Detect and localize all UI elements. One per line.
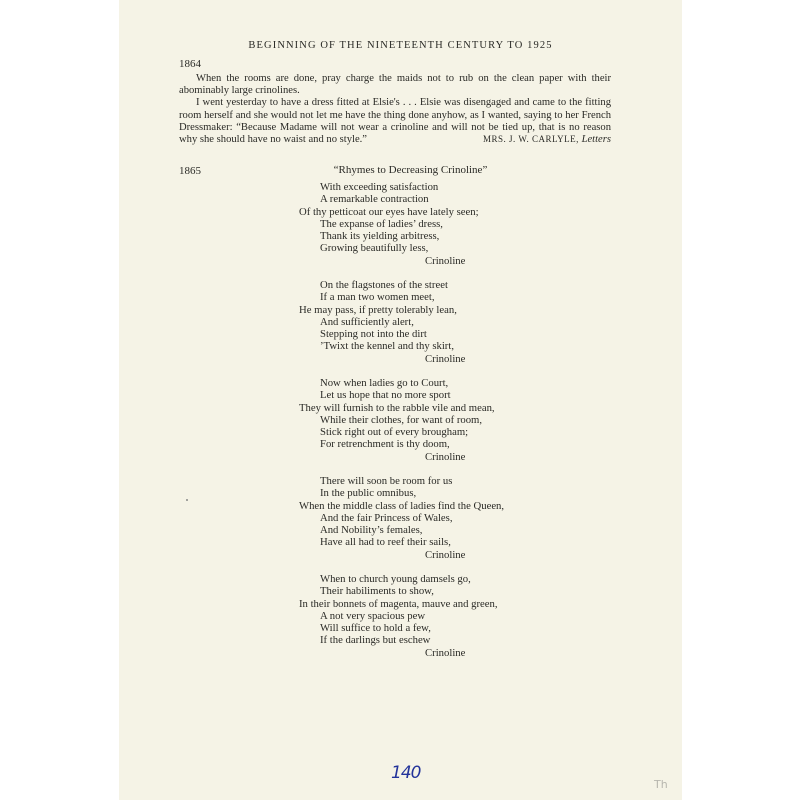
- poem-line: Stepping not into the dirt: [119, 328, 682, 340]
- stanza-2: On the flagstones of the streetIf a man …: [119, 279, 682, 365]
- poem-line: In the public omnibus,: [119, 487, 682, 499]
- poem-refrain: Crinoline: [119, 255, 682, 267]
- poem-line: The expanse of ladies’ dress,: [119, 218, 682, 230]
- stanza-1: With exceeding satisfactionA remarkable …: [119, 181, 682, 267]
- poem-refrain: Crinoline: [119, 549, 682, 561]
- poem-line: If the darlings but eschew: [119, 634, 682, 646]
- poem-line: If a man two women meet,: [119, 291, 682, 303]
- poem-line: A remarkable contraction: [119, 193, 682, 205]
- carlyle-letter-excerpt: When the rooms are done, pray charge the…: [179, 73, 611, 146]
- attribution-work: Letters: [582, 134, 611, 145]
- poem-line: And the fair Princess of Wales,: [119, 512, 682, 524]
- poem-line: Thank its yielding arbitress,: [119, 230, 682, 242]
- attribution-author: MRS. J. W. CARLYLE,: [483, 134, 579, 144]
- year-label-1864: 1864: [179, 58, 201, 70]
- attribution: MRS. J. W. CARLYLE, Letters: [483, 133, 611, 146]
- poem-line: A not very spacious pew: [119, 610, 682, 622]
- poem-line: Have all had to reef their sails,: [119, 536, 682, 548]
- running-head: BEGINNING OF THE NINETEENTH CENTURY TO 1…: [119, 40, 682, 51]
- poem-line: Let us hope that no more sport: [119, 389, 682, 401]
- poem-line: While their clothes, for want of room,: [119, 414, 682, 426]
- poem-line: ’Twixt the kennel and thy skirt,: [119, 340, 682, 352]
- poem-line: Their habiliments to show,: [119, 585, 682, 597]
- document-page: BEGINNING OF THE NINETEENTH CENTURY TO 1…: [119, 0, 682, 800]
- prose-paragraph: When the rooms are done, pray charge the…: [179, 73, 611, 97]
- poem-line: There will soon be room for us: [119, 475, 682, 487]
- poem-line: They will furnish to the rabble vile and…: [119, 402, 682, 414]
- poem-line: In their bonnets of magenta, mauve and g…: [119, 598, 682, 610]
- poem-line: Of thy petticoat our eyes have lately se…: [119, 206, 682, 218]
- handwritten-page-number: 140: [391, 763, 420, 783]
- poem-refrain: Crinoline: [119, 451, 682, 463]
- paper-speck: [186, 499, 188, 501]
- poem-line: He may pass, if pretty tolerably lean,: [119, 304, 682, 316]
- poem-line: With exceeding satisfaction: [119, 181, 682, 193]
- poem-refrain: Crinoline: [119, 353, 682, 365]
- poem-line: For retrenchment is thy doom,: [119, 438, 682, 450]
- poem-title: “Rhymes to Decreasing Crinoline”: [119, 164, 682, 176]
- poem-line: And sufficiently alert,: [119, 316, 682, 328]
- stanza-5: When to church young damsels go,Their ha…: [119, 573, 682, 659]
- poem-line: When to church young damsels go,: [119, 573, 682, 585]
- pencil-mark: Th: [654, 778, 668, 791]
- poem-refrain: Crinoline: [119, 647, 682, 659]
- poem-line: Stick right out of every brougham;: [119, 426, 682, 438]
- poem-line: When the middle class of ladies find the…: [119, 500, 682, 512]
- poem-line: Will suffice to hold a few,: [119, 622, 682, 634]
- poem-line: On the flagstones of the street: [119, 279, 682, 291]
- poem-line: And Nobility’s females,: [119, 524, 682, 536]
- stanza-3: Now when ladies go to Court,Let us hope …: [119, 377, 682, 463]
- poem-line: Now when ladies go to Court,: [119, 377, 682, 389]
- stanza-4: There will soon be room for usIn the pub…: [119, 475, 682, 561]
- poem-line: Growing beautifully less,: [119, 242, 682, 254]
